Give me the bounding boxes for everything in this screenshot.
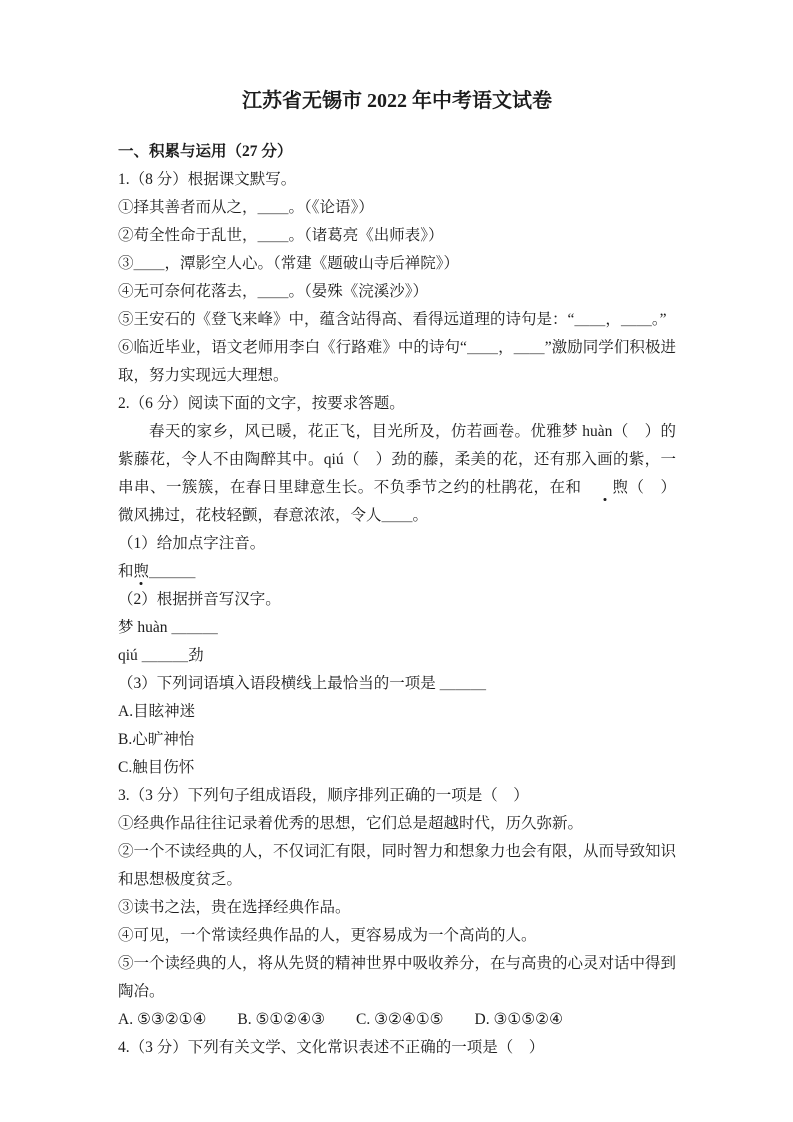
q1-item-4: ④无可奈何花落去，＿＿。（晏殊《浣溪沙》） <box>118 278 676 306</box>
q2-sub2-answer-line-1: 梦 huàn ＿＿＿ <box>118 614 676 642</box>
q1-item-5: ⑤王安石的《登飞来峰》中，蕴含站得高、看得远道理的诗句是：“＿＿，＿＿。” <box>118 306 676 334</box>
q2-sub3-option-b: B.心旷神怡 <box>118 726 676 754</box>
q3-sentence-1: ①经典作品往往记录着优秀的思想，它们总是超越时代，历久弥新。 <box>118 810 676 838</box>
q1-item-2: ②苟全性命于乱世，＿＿。（诸葛亮《出师表》） <box>118 222 676 250</box>
q2-sub1-word: 和 <box>118 563 134 580</box>
q2-sub3-option-a: A.目眩神迷 <box>118 698 676 726</box>
exam-paper-page: 江苏省无锡市 2022 年中考语文试卷 一、积累与运用（27 分） 1.（8 分… <box>0 0 793 1122</box>
q1-stem: 1.（8 分）根据课文默写。 <box>118 166 676 194</box>
section-heading: 一、积累与运用（27 分） <box>118 138 676 166</box>
q3-sentence-3: ③读书之法，贵在选择经典作品。 <box>118 894 676 922</box>
q2-stem: 2.（6 分）阅读下面的文字，按要求答题。 <box>118 390 676 418</box>
q3-sentence-2: ②一个不读经典的人，不仅词汇有限，同时智力和想象力也会有限，从而导致知识和思想极… <box>118 838 676 894</box>
page-title: 江苏省无锡市 2022 年中考语文试卷 <box>118 86 676 116</box>
q2-sub3-option-c: C.触目伤怀 <box>118 754 676 782</box>
q2-sub1-blank: ＿＿＿ <box>149 563 196 580</box>
q2-sub1-label: （1）给加点字注音。 <box>118 530 676 558</box>
q1-item-6: ⑥临近毕业，语文老师用李白《行路难》中的诗句“＿＿，＿＿”激励同学们积极进取，努… <box>118 334 676 390</box>
q2-sub1-dotted-char: 煦 <box>134 558 150 586</box>
q4-stem: 4.（3 分）下列有关文学、文化常识表述不正确的一项是（ ） <box>118 1034 676 1062</box>
q3-sentence-4: ④可见，一个常读经典作品的人，更容易成为一个高尚的人。 <box>118 922 676 950</box>
q3-options-row: A. ⑤③②①④ B. ⑤①②④③ C. ③②④①⑤ D. ③①⑤②④ <box>118 1006 676 1034</box>
q1-item-1: ①择其善者而从之，＿＿。（《论语》） <box>118 194 676 222</box>
q3-stem: 3.（3 分）下列句子组成语段，顺序排列正确的一项是（ ） <box>118 782 676 810</box>
q2-passage: 春天的家乡，风已暖，花正飞，目光所及，仿若画卷。优雅梦 huàn（ ）的紫藤花，… <box>118 418 676 530</box>
q2-sub2-label: （2）根据拼音写汉字。 <box>118 586 676 614</box>
q2-sub1-answer-line: 和煦＿＿＿ <box>118 558 676 586</box>
q2-sub3-label: （3）下列词语填入语段横线上最恰当的一项是 ＿＿＿ <box>118 670 676 698</box>
q2-sub2-answer-line-2: qiú ＿＿＿劲 <box>118 642 676 670</box>
q1-item-3: ③＿＿，潭影空人心。（常建《题破山寺后禅院》） <box>118 250 676 278</box>
q3-sentence-5: ⑤一个读经典的人，将从先贤的精神世界中吸收养分，在与高贵的心灵对话中得到陶冶。 <box>118 950 676 1006</box>
q2-passage-dotted-char: 煦 <box>582 474 629 502</box>
